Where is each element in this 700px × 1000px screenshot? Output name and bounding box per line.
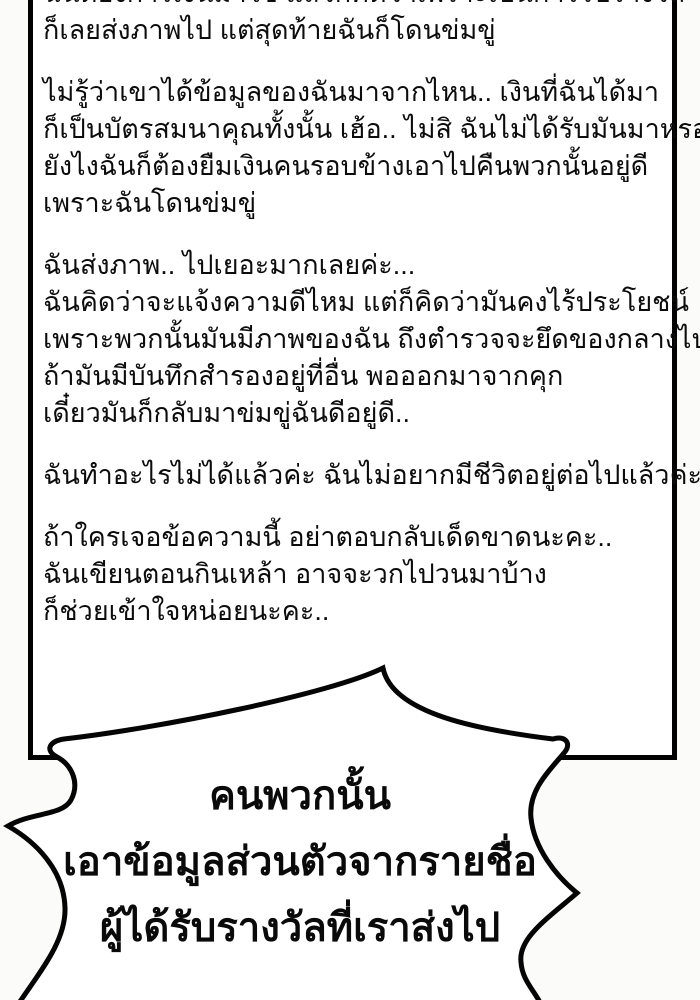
speech-bubble-line: คนพวกนั้น	[20, 763, 580, 829]
speech-bubble-line: ผู้ได้รับรางวัลที่เราส่งไป	[20, 895, 580, 961]
webtoon-panel: ฉันต้องการเงินมาใช้ แล้วก็คิดว่าเพราะเป็…	[0, 0, 700, 1000]
speech-bubble-line: เอาข้อมูลส่วนตัวจากรายชื่อ	[20, 829, 580, 895]
speech-bubble-text: คนพวกนั้น เอาข้อมูลส่วนตัวจากรายชื่อ ผู้…	[20, 763, 580, 961]
